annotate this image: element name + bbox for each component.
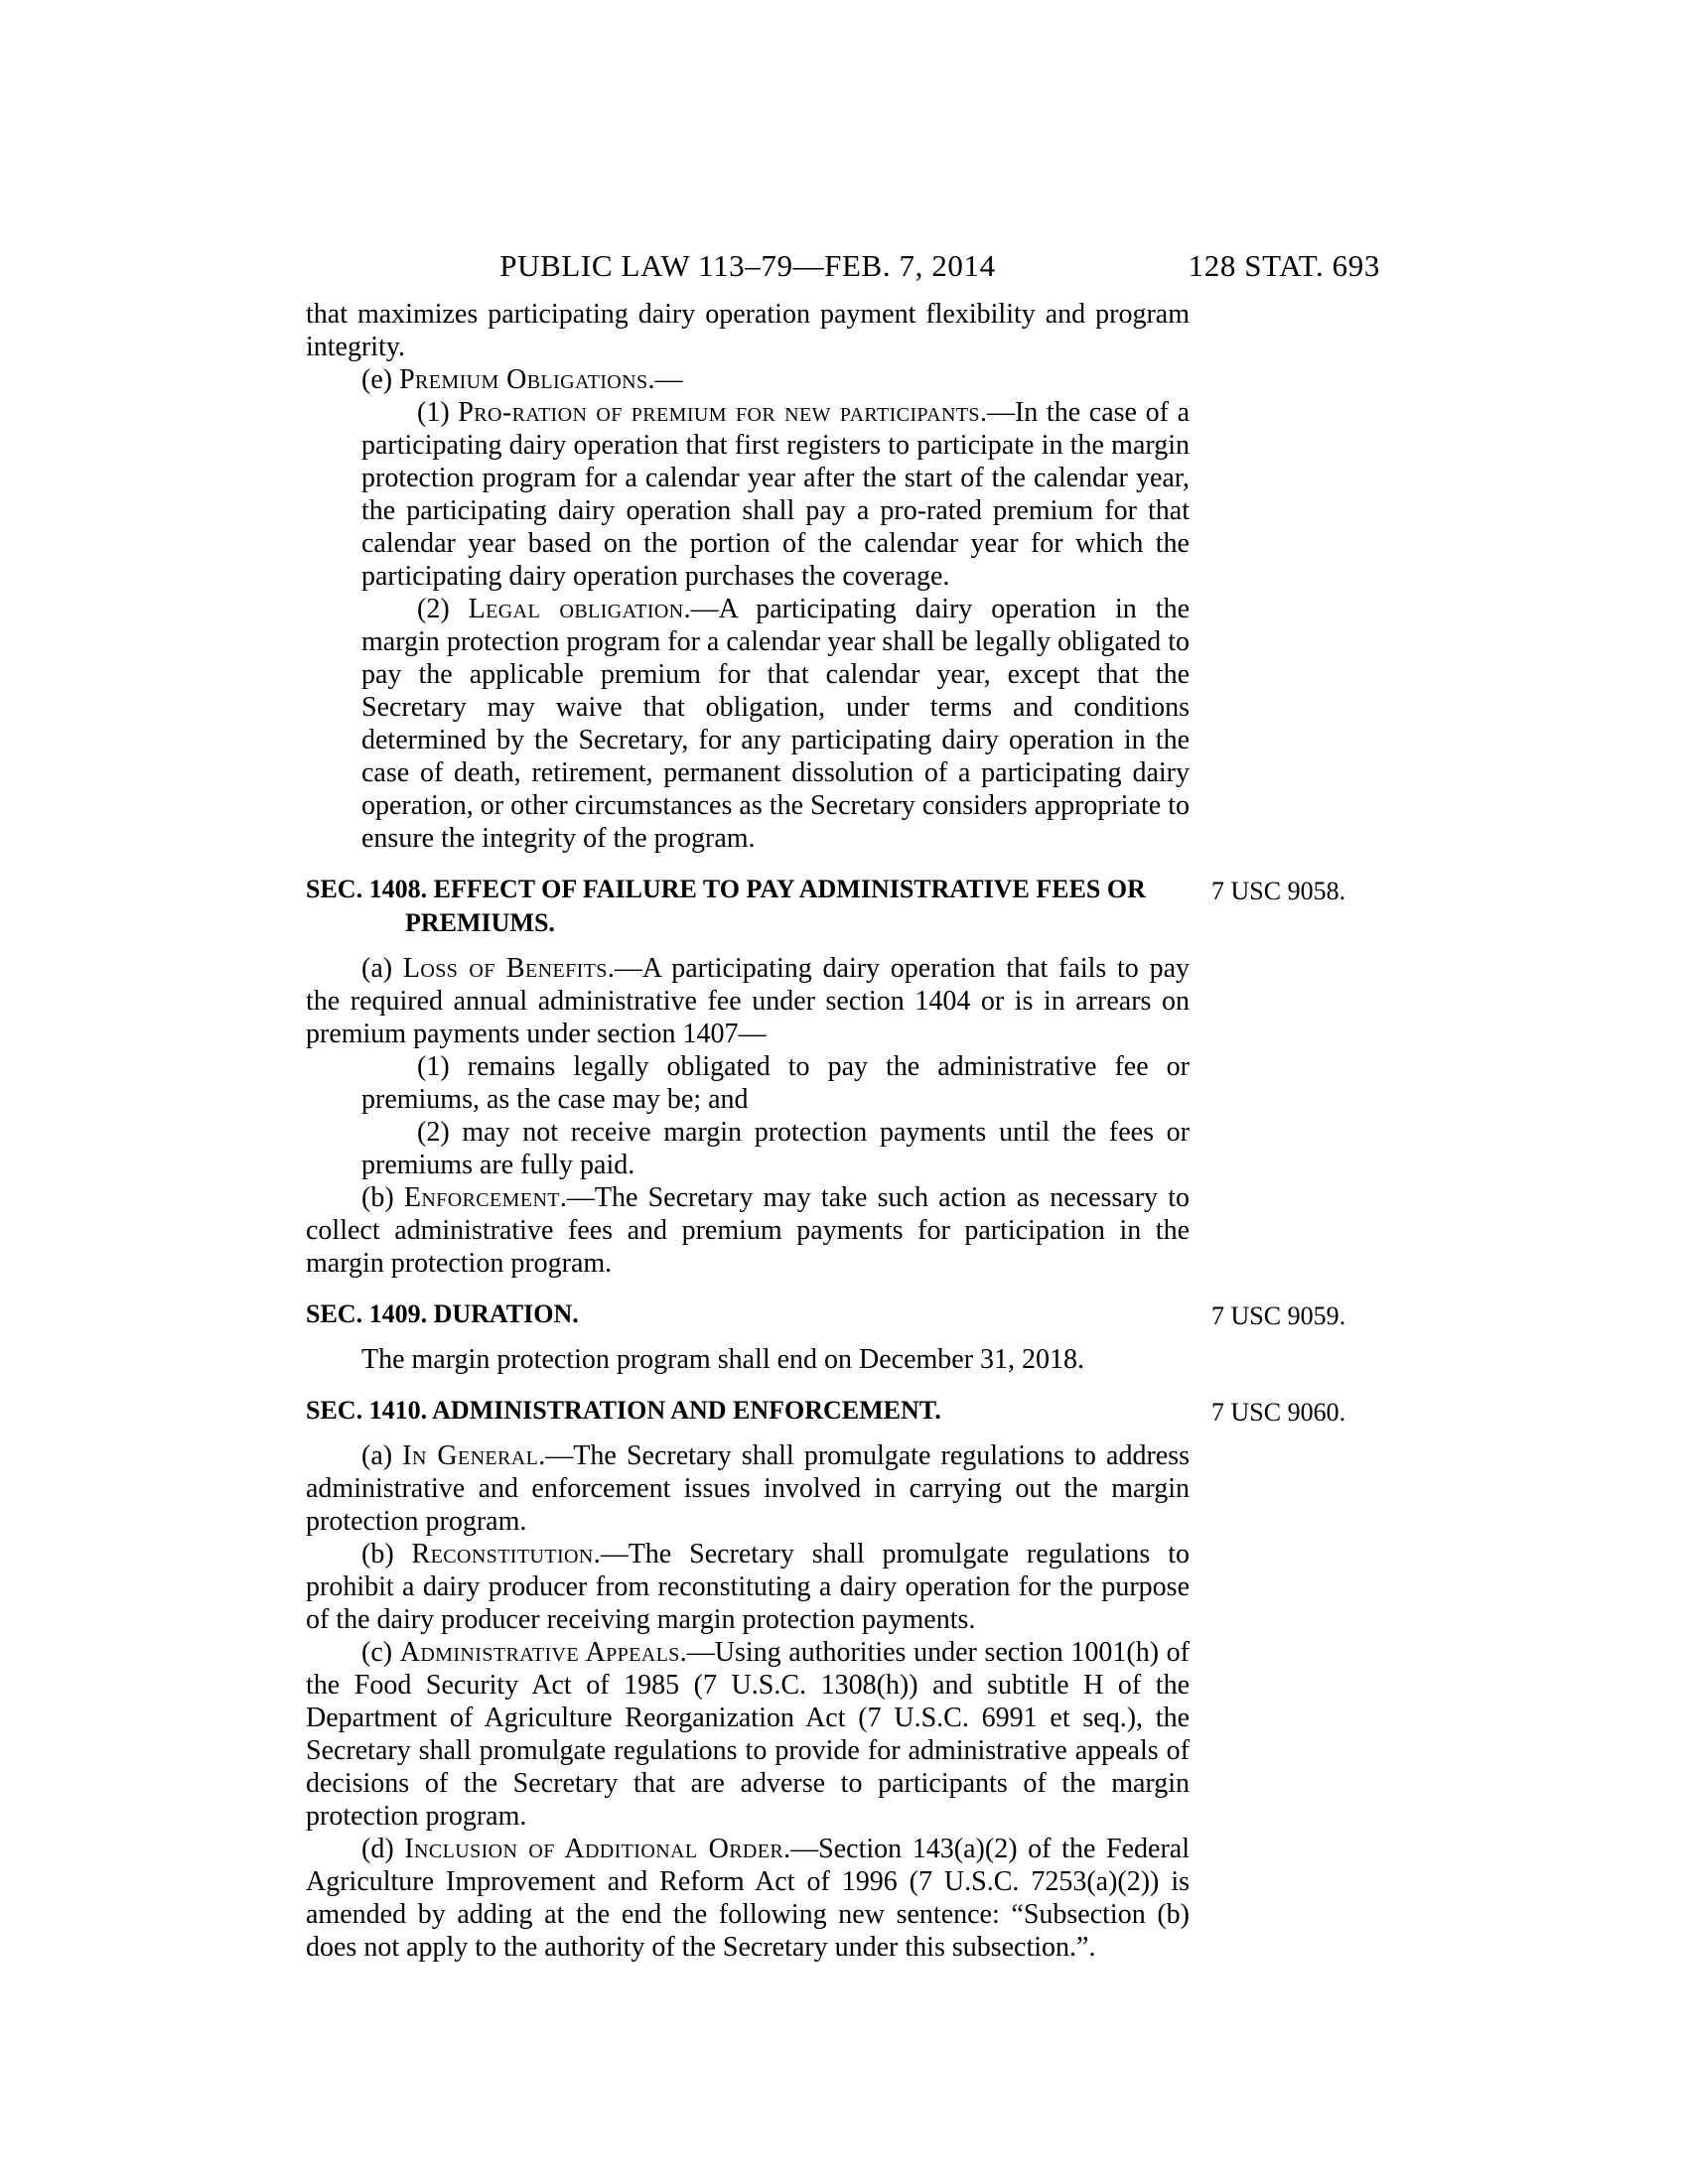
text-run: (2) may not receive margin protection pa…	[361, 1117, 1190, 1180]
paragraph-row: (b) Reconstitution.—The Secretary shall …	[0, 1538, 1688, 1636]
paragraph-row: (a) Loss of Benefits.—A participating da…	[0, 952, 1688, 1050]
paragraph-row: (e) Premium Obligations.—	[0, 363, 1688, 396]
section-heading: SEC. 1409. DURATION.	[306, 1297, 1209, 1331]
paragraph-row: (a) In General.—The Secretary shall prom…	[0, 1439, 1688, 1538]
paragraph: The margin protection program shall end …	[306, 1343, 1190, 1376]
small-caps-label: Legal obligation	[469, 594, 684, 624]
small-caps-label: Pro-ration of premium for new participan…	[458, 397, 980, 428]
section-heading-row: SEC. 1409. DURATION.7 USC 9059.	[0, 1280, 1688, 1343]
small-caps-label: Premium Obligations	[399, 364, 647, 395]
small-caps-label: Administrative Appeals	[400, 1637, 680, 1668]
text-run: .—A participating dairy operation in the…	[361, 594, 1190, 854]
margin-note: 7 USC 9060.	[1211, 1396, 1345, 1429]
small-caps-label: In General	[402, 1440, 538, 1471]
paragraph-row: (c) Administrative Appeals.—Using author…	[0, 1636, 1688, 1833]
header-law-title: PUBLIC LAW 113–79—FEB. 7, 2014	[306, 248, 1190, 284]
paragraph-row: (b) Enforcement.—The Secretary may take …	[0, 1181, 1688, 1280]
small-caps-label: Reconstitution	[412, 1539, 594, 1570]
paragraph: (a) Loss of Benefits.—A participating da…	[306, 952, 1190, 1050]
text-run: (d)	[361, 1834, 404, 1864]
running-header: PUBLIC LAW 113–79—FEB. 7, 2014 128 STAT.…	[306, 248, 1380, 290]
statute-page: PUBLIC LAW 113–79—FEB. 7, 2014 128 STAT.…	[0, 0, 1688, 2184]
paragraph: that maximizes participating dairy opera…	[306, 298, 1190, 363]
text-run: (e)	[361, 364, 399, 395]
margin-note: 7 USC 9059.	[1211, 1299, 1345, 1332]
text-run: (a)	[361, 1440, 402, 1471]
paragraph: (d) Inclusion of Additional Order.—Secti…	[306, 1833, 1190, 1964]
section-heading-line: SEC. 1409. DURATION.	[306, 1299, 579, 1328]
paragraph-row: (1) Pro-ration of premium for new partic…	[0, 396, 1688, 593]
text-run: (b)	[361, 1182, 404, 1213]
text-run: .—	[647, 364, 682, 395]
small-caps-label: Loss of Benefits	[403, 953, 608, 984]
margin-note: 7 USC 9058.	[1211, 875, 1345, 907]
section-heading-row: SEC. 1408. EFFECT OF FAILURE TO PAY ADMI…	[0, 855, 1688, 952]
paragraph: (1) remains legally obligated to pay the…	[361, 1050, 1190, 1116]
paragraph-row: (1) remains legally obligated to pay the…	[0, 1050, 1688, 1116]
paragraph: (c) Administrative Appeals.—Using author…	[306, 1636, 1190, 1833]
section-heading-line: SEC. 1408. EFFECT OF FAILURE TO PAY ADMI…	[306, 875, 1146, 903]
section-heading: SEC. 1408. EFFECT OF FAILURE TO PAY ADMI…	[306, 873, 1209, 940]
paragraph: (e) Premium Obligations.—	[306, 363, 1190, 396]
paragraph: (b) Enforcement.—The Secretary may take …	[306, 1181, 1190, 1280]
text-run: that maximizes participating dairy opera…	[306, 299, 1190, 362]
paragraph: (2) may not receive margin protection pa…	[361, 1116, 1190, 1181]
text-run: The margin protection program shall end …	[361, 1344, 1084, 1375]
text-run: (c)	[361, 1637, 400, 1668]
paragraph: (a) In General.—The Secretary shall prom…	[306, 1439, 1190, 1538]
paragraph-row: The margin protection program shall end …	[0, 1343, 1688, 1376]
paragraph-row: (d) Inclusion of Additional Order.—Secti…	[0, 1833, 1688, 1964]
paragraph: (b) Reconstitution.—The Secretary shall …	[306, 1538, 1190, 1636]
section-heading-row: SEC. 1410. ADMINISTRATION AND ENFORCEMEN…	[0, 1376, 1688, 1439]
paragraph: (1) Pro-ration of premium for new partic…	[361, 396, 1190, 593]
section-heading-line: SEC. 1410. ADMINISTRATION AND ENFORCEMEN…	[306, 1396, 941, 1425]
text-run: (1)	[417, 397, 458, 428]
text-run: (1) remains legally obligated to pay the…	[361, 1051, 1190, 1115]
small-caps-label: Inclusion of Additional Order	[404, 1834, 783, 1864]
paragraph: (2) Legal obligation.—A participating da…	[361, 593, 1190, 855]
small-caps-label: Enforcement	[404, 1182, 560, 1213]
paragraph-row: that maximizes participating dairy opera…	[0, 298, 1688, 363]
header-page-number: 128 STAT. 693	[1189, 248, 1380, 284]
paragraph-row: (2) may not receive margin protection pa…	[0, 1116, 1688, 1181]
text-run: (2)	[417, 594, 469, 624]
text-run: (a)	[361, 953, 403, 984]
paragraph-row: (2) Legal obligation.—A participating da…	[0, 593, 1688, 855]
text-run: (b)	[361, 1539, 412, 1570]
section-heading-line: PREMIUMS.	[306, 908, 555, 937]
statute-body: that maximizes participating dairy opera…	[0, 298, 1688, 1964]
section-heading: SEC. 1410. ADMINISTRATION AND ENFORCEMEN…	[306, 1394, 1209, 1428]
